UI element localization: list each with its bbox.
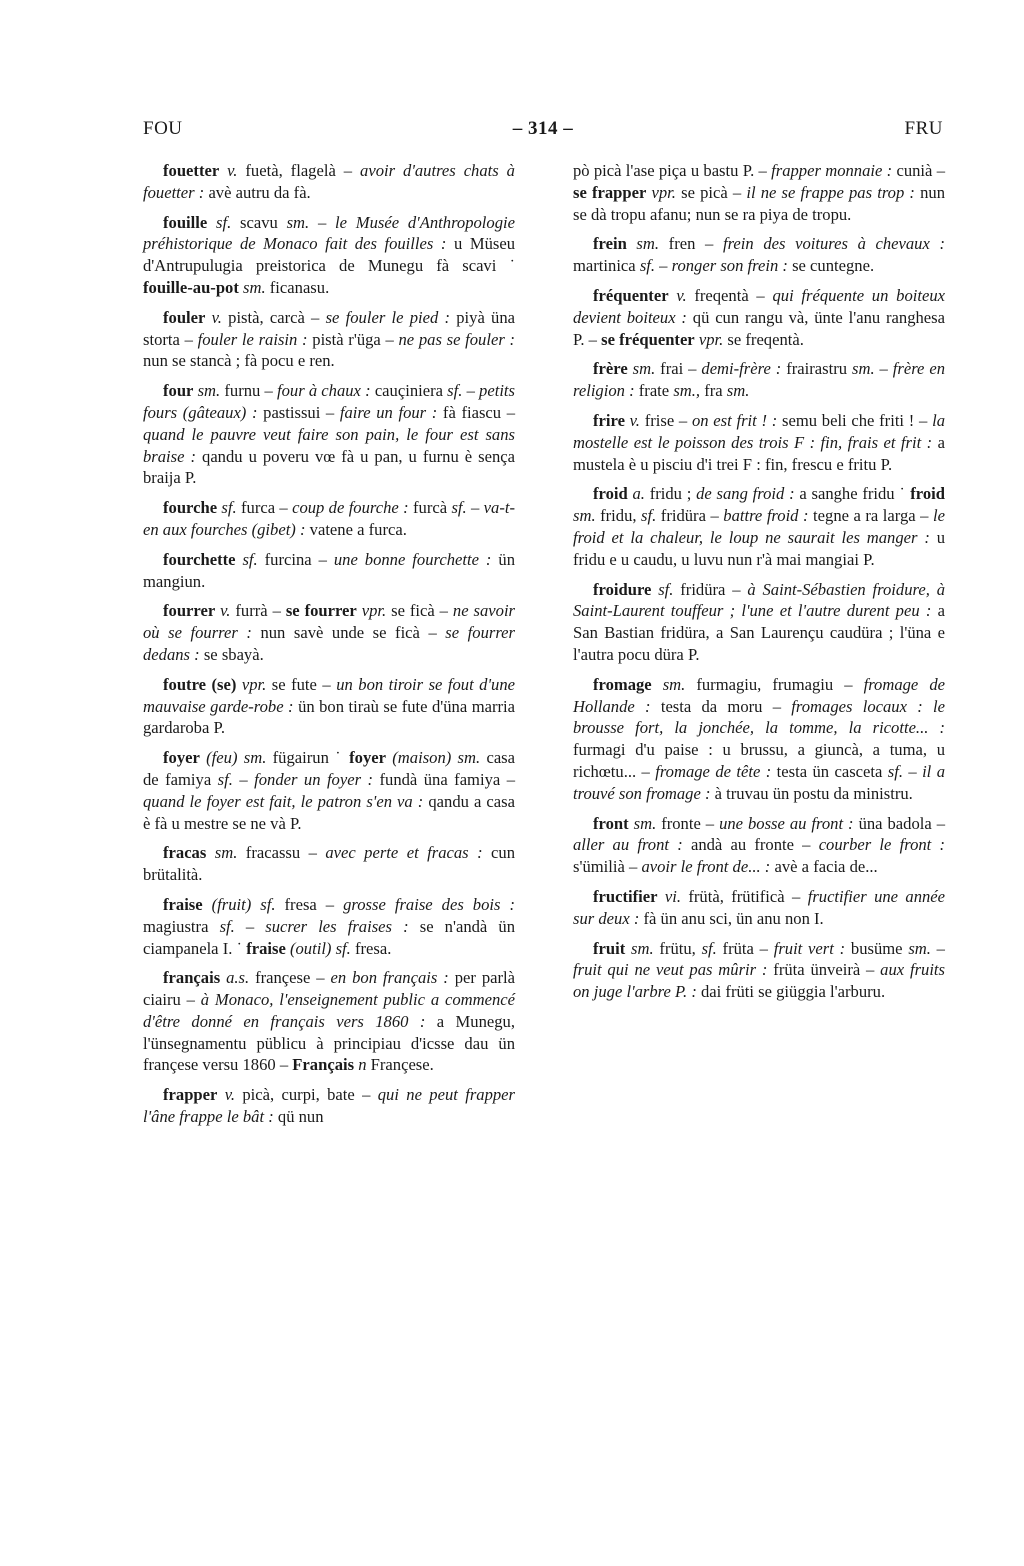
italic-text: sm. xyxy=(193,381,224,400)
translation-text: furcà xyxy=(413,498,451,517)
headword: fraise xyxy=(246,939,286,958)
italic-text: v. xyxy=(215,601,235,620)
dictionary-entry: fourrer v. furrà – se fourrer vpr. se fi… xyxy=(143,600,515,665)
translation-text: fridüra – xyxy=(680,580,747,599)
italic-text: sm. xyxy=(627,234,669,253)
translation-text: se ficà – xyxy=(391,601,453,620)
dictionary-entry: frapper v. picà, curpi, bate – qui ne pe… xyxy=(143,1084,515,1128)
headword: fouler xyxy=(163,308,205,327)
italic-text: sm. xyxy=(625,939,659,958)
headword: se frapper xyxy=(573,183,646,202)
dictionary-entry: frein sm. fren – frein des voitures à ch… xyxy=(573,233,945,277)
italic-text: sm. xyxy=(652,675,697,694)
headword: fourrer xyxy=(163,601,215,620)
translation-text: früta ünveirà – xyxy=(773,960,880,979)
translation-text: pistà r'üga – xyxy=(312,330,398,349)
translation-text: testa da moru – xyxy=(661,697,791,716)
translation-text: avè a facia de... xyxy=(775,857,878,876)
headword: froid xyxy=(910,484,945,503)
italic-text: v. xyxy=(217,1085,242,1104)
headword: foyer xyxy=(163,748,200,767)
translation-text: semu beli che friti ! – xyxy=(782,411,932,430)
headword: fromage xyxy=(593,675,652,694)
italic-text: vpr. xyxy=(236,675,271,694)
italic-text: vpr. xyxy=(695,330,728,349)
headword: fraise xyxy=(163,895,203,914)
translation-text: fronte – xyxy=(661,814,719,833)
dictionary-entry: pò picà l'ase piça u bastu P. – frapper … xyxy=(573,160,945,225)
italic-text: sf. – ronger son frein : xyxy=(640,256,792,275)
dictionary-entry: front sm. fronte – une bosse au front : … xyxy=(573,813,945,878)
headword: froid xyxy=(593,484,628,503)
headword: se fourrer xyxy=(286,601,357,620)
dictionary-entry: fruit sm. frütu, sf. früta – fruit vert … xyxy=(573,938,945,1003)
italic-text: fromage de tête : xyxy=(655,762,776,781)
translation-text: früta – xyxy=(723,939,774,958)
italic-text: on est frit ! : xyxy=(692,411,782,430)
headword: fouetter xyxy=(163,161,219,180)
translation-text: frise – xyxy=(645,411,692,430)
left-column: fouetter v. fuetà, flagelà – avoir d'aut… xyxy=(143,160,515,1136)
dictionary-entry: fromage sm. furmagiu, frumagiu – fromage… xyxy=(573,674,945,805)
translation-text: fresa – xyxy=(285,895,344,914)
dictionary-entry: foyer (feu) sm. fügairun ˙ foyer (maison… xyxy=(143,747,515,834)
headword: fructifier xyxy=(593,887,658,906)
translation-text: frai – xyxy=(660,359,701,378)
translation-text: cunià – xyxy=(896,161,945,180)
headword: se fréquenter xyxy=(601,330,695,349)
italic-text: sm. xyxy=(239,278,270,297)
italic-text: ne pas se fouler : xyxy=(399,330,516,349)
italic-text: vpr. xyxy=(357,601,391,620)
italic-text: fouler le raisin : xyxy=(198,330,313,349)
headword: fourche xyxy=(163,498,217,517)
italic-text: n xyxy=(354,1055,371,1074)
italic-text: (fruit) sf. xyxy=(203,895,285,914)
italic-text: fruit vert : xyxy=(774,939,851,958)
translation-text: avè autru da fà. xyxy=(208,183,310,202)
translation-text: furmagiu, frumagiu – xyxy=(696,675,863,694)
translation-text: frate xyxy=(639,381,674,400)
headword: froidure xyxy=(593,580,651,599)
translation-text: andà au fronte – xyxy=(691,835,819,854)
translation-text: se picà – xyxy=(681,183,746,202)
italic-text: il ne se frappe pas trop : xyxy=(746,183,920,202)
dictionary-entry: fouille sf. scavu sm. – le Musée d'Anthr… xyxy=(143,212,515,299)
italic-text: une bonne fourchette : xyxy=(334,550,499,569)
translation-text: freqentà – xyxy=(694,286,772,305)
dictionary-entry: fréquenter v. freqentà – qui fréquente u… xyxy=(573,285,945,350)
italic-text: v. xyxy=(219,161,245,180)
translation-text: tegne a ra larga – xyxy=(813,506,933,525)
translation-text: fügairun ˙ xyxy=(273,748,349,767)
translation-text: fridu, xyxy=(600,506,641,525)
translation-text: fridu ; xyxy=(650,484,696,503)
translation-text: fridüra – xyxy=(661,506,723,525)
page-number: – 314 – xyxy=(143,118,943,140)
dictionary-entry: fourche sf. furca – coup de fourche : fu… xyxy=(143,497,515,541)
italic-text: sm. xyxy=(628,359,660,378)
italic-text: faire un four : xyxy=(340,403,443,422)
translation-text: nun savè unde se ficà – xyxy=(260,623,445,642)
dictionary-entry: fraise (fruit) sf. fresa – grosse fraise… xyxy=(143,894,515,959)
italic-text: une bosse au front : xyxy=(719,814,858,833)
translation-text: se freqentà. xyxy=(727,330,803,349)
translation-text: frairastru xyxy=(786,359,852,378)
italic-text: sf. xyxy=(217,498,241,517)
dictionary-entry: four sm. furnu – four à chaux : cauçinie… xyxy=(143,380,515,489)
italic-text: sm. xyxy=(573,506,600,525)
italic-text: sf. xyxy=(207,213,240,232)
italic-text: a.s. xyxy=(220,968,255,987)
italic-text: demi-frère : xyxy=(701,359,786,378)
headword: fourchette xyxy=(163,550,236,569)
translation-text: Françese. xyxy=(371,1055,434,1074)
headword: foyer xyxy=(349,748,386,767)
italic-text: sm. xyxy=(206,843,245,862)
translation-text: fren – xyxy=(669,234,723,253)
translation-text: qü nun xyxy=(278,1107,324,1126)
translation-text: à truvau ün postu da ministru. xyxy=(715,784,913,803)
translation-text: ficanasu. xyxy=(270,278,329,297)
translation-text: busüme xyxy=(851,939,908,958)
italic-text: a. xyxy=(628,484,650,503)
header-last-guideword: FRU xyxy=(905,118,943,140)
headword: foutre (se) xyxy=(163,675,236,694)
italic-text: grosse fraise des bois : xyxy=(343,895,515,914)
dictionary-entry: français a.s. françese – en bon français… xyxy=(143,967,515,1076)
translation-text: pistà, carcà – xyxy=(228,308,325,327)
translation-text: fuetà, flagelà – xyxy=(245,161,360,180)
dictionary-entry: frire v. frise – on est frit ! : semu be… xyxy=(573,410,945,475)
headword: fouille xyxy=(163,213,207,232)
translation-text: fresa. xyxy=(355,939,391,958)
italic-text: v. xyxy=(205,308,228,327)
italic-text: avec perte et fracas : xyxy=(325,843,491,862)
italic-text: sf. xyxy=(702,939,723,958)
italic-text: battre froid : xyxy=(723,506,813,525)
translation-text: se sbayà. xyxy=(204,645,264,664)
translation-text: üna badola – xyxy=(859,814,945,833)
dictionary-entry: fouetter v. fuetà, flagelà – avoir d'aut… xyxy=(143,160,515,204)
dictionary-entry: fouler v. pistà, carcà – se fouler le pi… xyxy=(143,307,515,372)
headword: frein xyxy=(593,234,627,253)
translation-text: frütu, xyxy=(659,939,701,958)
translation-text: furnu – xyxy=(224,381,277,400)
italic-text: v. xyxy=(669,286,695,305)
dictionary-entry: fourchette sf. furcina – une bonne fourc… xyxy=(143,549,515,593)
translation-text: se fute – xyxy=(272,675,336,694)
italic-text: sm. xyxy=(629,814,662,833)
translation-text: martinica xyxy=(573,256,640,275)
italic-text: sm. xyxy=(727,381,750,400)
italic-text: aller au front : xyxy=(573,835,691,854)
italic-text: sf. xyxy=(641,506,661,525)
italic-text: coup de fourche : xyxy=(292,498,413,517)
translation-text: magiustra xyxy=(143,917,220,936)
translation-text: furrà – xyxy=(235,601,285,620)
italic-text: sf. – fonder un foyer : xyxy=(218,770,380,789)
headword: Français xyxy=(292,1055,354,1074)
translation-text: fra xyxy=(704,381,727,400)
translation-text: pò picà l'ase piça u bastu P. – xyxy=(573,161,771,180)
headword: fréquenter xyxy=(593,286,669,305)
italic-text: de sang froid : xyxy=(696,484,799,503)
headword: français xyxy=(163,968,220,987)
translation-text: fà fiascu – xyxy=(443,403,515,422)
translation-text: testa ün casceta xyxy=(777,762,888,781)
italic-text: avoir le front de... : xyxy=(641,857,774,876)
translation-text: pastissui – xyxy=(263,403,340,422)
translation-text: fà ün anu sci, ün anu non I. xyxy=(644,909,824,928)
dictionary-entry: foutre (se) vpr. se fute – un bon tiroir… xyxy=(143,674,515,739)
headword: frère xyxy=(593,359,628,378)
translation-text: furca – xyxy=(241,498,292,517)
headword: frapper xyxy=(163,1085,217,1104)
headword: frire xyxy=(593,411,625,430)
headword: fruit xyxy=(593,939,625,958)
translation-text: fracassu – xyxy=(246,843,326,862)
translation-text: françese – xyxy=(255,968,330,987)
dictionary-entry: froidure sf. fridüra – à Saint-Sébastien… xyxy=(573,579,945,666)
italic-text: v. xyxy=(625,411,645,430)
dictionary-entry: fructifier vi. frütà, frütificà – fructi… xyxy=(573,886,945,930)
italic-text: quand le foyer est fait, le patron s'en … xyxy=(143,792,428,811)
translation-text: picà, curpi, bate – xyxy=(242,1085,377,1104)
italic-text: four à chaux : xyxy=(277,381,375,400)
headword: four xyxy=(163,381,193,400)
translation-text: nun se stancà ; fà pocu e ren. xyxy=(143,351,335,370)
translation-text: fundà üna famiya – xyxy=(380,770,516,789)
italic-text: (outil) sf. xyxy=(286,939,355,958)
headword: fouille-au-pot xyxy=(143,278,239,297)
italic-text: vpr. xyxy=(646,183,681,202)
translation-text: frütà, frütificà – xyxy=(688,887,807,906)
italic-text: frein des voitures à chevaux : xyxy=(723,234,945,253)
headword: fracas xyxy=(163,843,206,862)
italic-text: sm., xyxy=(673,381,704,400)
translation-text: vatene a furca. xyxy=(310,520,407,539)
italic-text: vi. xyxy=(658,887,689,906)
right-column: pò picà l'ase piça u bastu P. – frapper … xyxy=(573,160,945,1011)
italic-text: frapper monnaie : xyxy=(771,161,896,180)
italic-text: se fouler le pied : xyxy=(326,308,457,327)
italic-text: en bon français : xyxy=(331,968,455,987)
dictionary-entry: fracas sm. fracassu – avec perte et frac… xyxy=(143,842,515,886)
translation-text: dai früti se giüggia l'arburu. xyxy=(701,982,885,1001)
italic-text: sf. – sucrer les fraises : xyxy=(220,917,420,936)
italic-text: (feu) sm. xyxy=(200,748,273,767)
dictionary-entry: froid a. fridu ; de sang froid : a sangh… xyxy=(573,483,945,570)
italic-text: (maison) sm. xyxy=(386,748,486,767)
dictionary-entry: frère sm. frai – demi-frère : frairastru… xyxy=(573,358,945,402)
italic-text: courber le front : xyxy=(819,835,945,854)
translation-text: a sanghe fridu ˙ xyxy=(799,484,910,503)
italic-text: sf. xyxy=(651,580,680,599)
translation-text: furcina – xyxy=(265,550,334,569)
translation-text: s'ümilià – xyxy=(573,857,641,876)
translation-text: se cuntegne. xyxy=(792,256,874,275)
headword: front xyxy=(593,814,629,833)
italic-text: sf. xyxy=(236,550,265,569)
page-header: FOU – 314 – FRU xyxy=(143,118,943,148)
translation-text: cauçiniera xyxy=(375,381,447,400)
translation-text: scavu xyxy=(240,213,287,232)
